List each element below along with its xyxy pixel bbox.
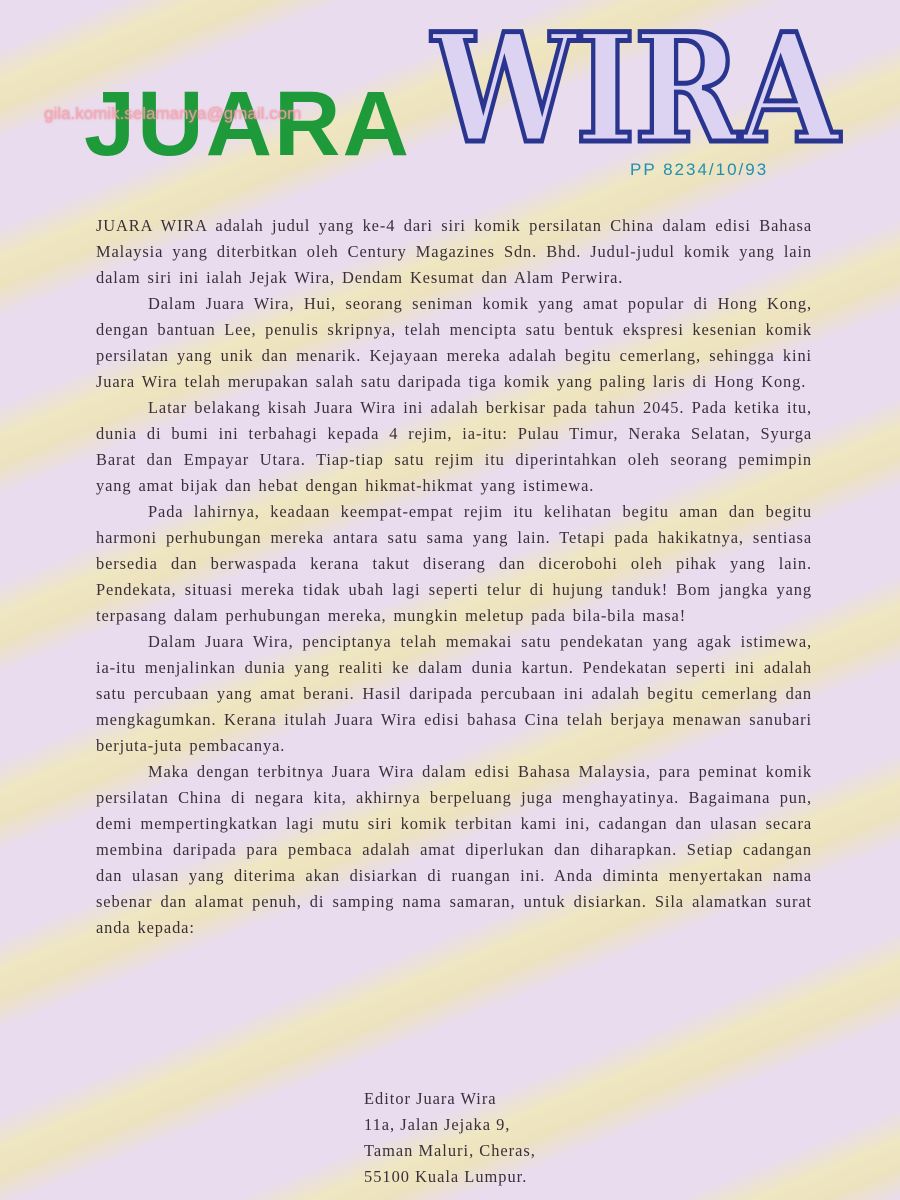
paragraph-creators: Dalam Juara Wira, Hui, seorang seniman k… bbox=[96, 291, 812, 395]
paragraph-intro: JUARA WIRA adalah judul yang ke-4 dari s… bbox=[96, 213, 812, 291]
permit-number: PP 8234/10/93 bbox=[630, 160, 768, 180]
title-juara: JUARA bbox=[84, 78, 411, 170]
paragraph-approach: Dalam Juara Wira, penciptanya telah mema… bbox=[96, 629, 812, 759]
address-line: 55100 Kuala Lumpur. bbox=[364, 1164, 536, 1190]
paragraph-call-to-readers: Maka dengan terbitnya Juara Wira dalam e… bbox=[96, 759, 812, 941]
watermark-email: gila.komik.selamanya@gmail.com bbox=[44, 104, 301, 124]
address-line: 11a, Jalan Jejaka 9, bbox=[364, 1112, 536, 1138]
paragraph-background: Latar belakang kisah Juara Wira ini adal… bbox=[96, 395, 812, 499]
mailing-address: Editor Juara Wira 11a, Jalan Jejaka 9, T… bbox=[364, 1086, 536, 1190]
address-line: Taman Maluri, Cheras, bbox=[364, 1138, 536, 1164]
paragraph-situation: Pada lahirnya, keadaan keempat-empat rej… bbox=[96, 499, 812, 629]
address-line: Editor Juara Wira bbox=[364, 1086, 536, 1112]
editorial-article: JUARA WIRA adalah judul yang ke-4 dari s… bbox=[96, 213, 812, 941]
title-wira: WIRA bbox=[432, 14, 838, 164]
masthead: JUARA WIRA gila.komik.selamanya@gmail.co… bbox=[0, 0, 900, 200]
